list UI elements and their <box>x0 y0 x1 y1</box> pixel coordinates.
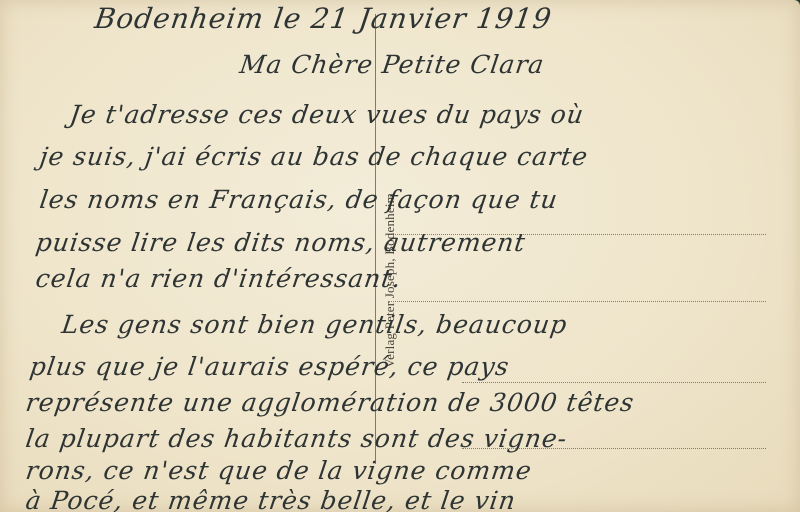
address-line-2 <box>388 301 766 302</box>
place-date: Bodenheim le 21 Janvier 1919 <box>93 2 554 35</box>
body-line: Je t'adresse ces deux vues du pays où <box>68 100 586 129</box>
body-line: la plupart des habitants sont des vigne- <box>24 424 569 453</box>
body-line: les noms en Français, de façon que tu <box>38 185 560 214</box>
address-line-3 <box>462 382 766 383</box>
body-line: Les gens sont bien gentils, beaucoup <box>60 310 569 339</box>
body-line: représente une agglomération de 3000 têt… <box>24 388 636 417</box>
body-line: puisse lire les dits noms, autrement <box>34 228 528 257</box>
body-line: rons, ce n'est que de la vigne comme <box>24 456 534 485</box>
body-line: à Pocé, et même très belle, et le vin <box>24 486 518 512</box>
salutation: Ma Chère Petite Clara <box>238 50 546 79</box>
body-line: cela n'a rien d'intéressant. <box>34 264 404 293</box>
postcard-back: Verlag Peter Joseph, Bodenheim Bodenheim… <box>0 0 800 512</box>
body-line: je suis, j'ai écris au bas de chaque car… <box>38 142 590 171</box>
body-line: plus que je l'aurais espéré, ce pays <box>28 352 511 381</box>
